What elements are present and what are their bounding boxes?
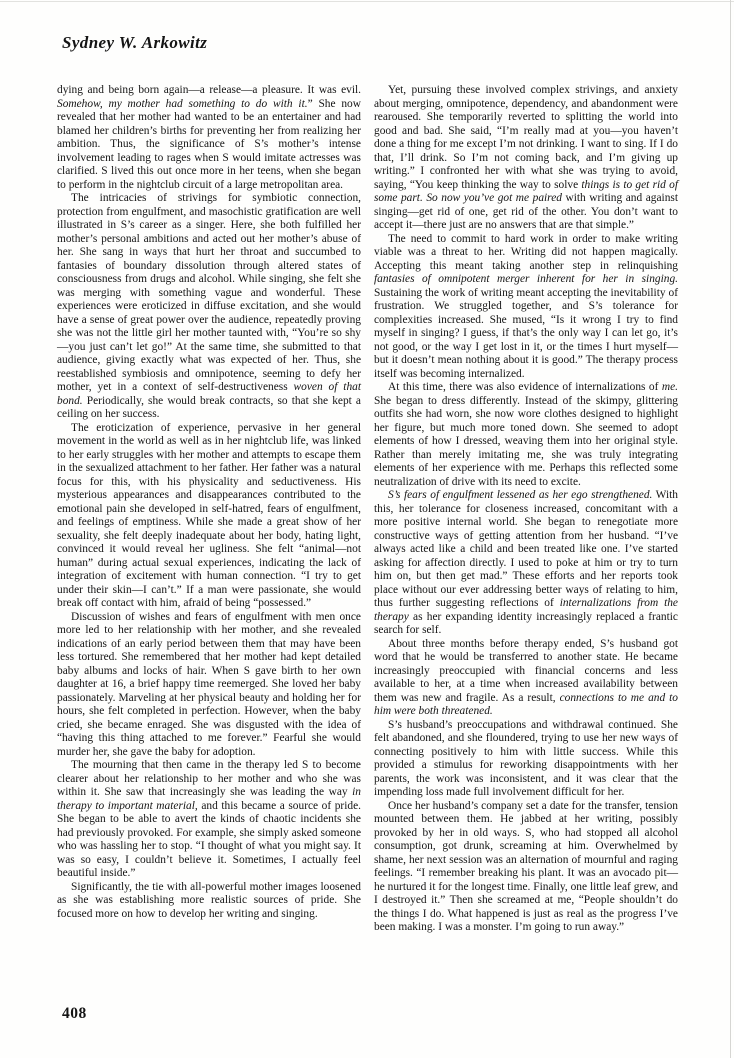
emphasized-text: fantasies of omnipotent merger inherent … (374, 273, 678, 285)
paragraph: About three months before therapy ended,… (374, 638, 678, 719)
emphasized-text: S’s fears of engulfment lessened as her … (388, 489, 652, 501)
body-text: Discussion of wishes and fears of engulf… (57, 611, 361, 758)
paragraph: Discussion of wishes and fears of engulf… (57, 611, 361, 760)
right-column: Yet, pursuing these involved complex str… (374, 84, 678, 935)
body-text: ” She now revealed that her mother had w… (57, 98, 361, 191)
paragraph: The eroticization of experience, pervasi… (57, 422, 361, 611)
paragraph: At this time, there was also evidence of… (374, 381, 678, 489)
page-edge-right-line (730, 0, 731, 1058)
paragraph: The mourning that then came in the thera… (57, 759, 361, 881)
body-text: Once her husband’s company set a date fo… (374, 800, 678, 934)
body-text: She began to dress differently. Instead … (374, 395, 678, 488)
emphasized-text: me. (662, 381, 678, 393)
body-text: The eroticization of experience, pervasi… (57, 422, 361, 610)
body-text: dying and being born again—a release—a p… (57, 84, 361, 96)
page-number: 408 (62, 1005, 87, 1023)
paragraph: dying and being born again—a release—a p… (57, 84, 361, 192)
paragraph: Once her husband’s company set a date fo… (374, 800, 678, 935)
body-text: The mourning that then came in the thera… (57, 759, 361, 798)
body-text: Significantly, the tie with all-powerful… (57, 881, 361, 920)
body-text: Sustaining the work of writing meant acc… (374, 287, 678, 380)
body-text: The need to commit to hard work in order… (374, 233, 678, 272)
body-text: Yet, pursuing these involved complex str… (374, 84, 678, 191)
body-text: With this, her tolerance for closeness i… (374, 489, 678, 609)
two-column-text-body: dying and being born again—a release—a p… (57, 84, 678, 935)
author-byline: Sydney W. Arkowitz (62, 33, 207, 53)
page-edge-top-line (0, 1, 734, 2)
body-text: as her expanding identity increasingly r… (374, 611, 678, 637)
paragraph: The intricacies of strivings for symbiot… (57, 192, 361, 422)
paragraph: Yet, pursuing these involved complex str… (374, 84, 678, 233)
paragraph: S’s fears of engulfment lessened as her … (374, 489, 678, 638)
body-text: Periodically, she would break contracts,… (57, 395, 361, 421)
body-text: At this time, there was also evidence of… (388, 381, 662, 393)
emphasized-text: Somehow, my mother had something to do w… (57, 98, 308, 110)
paragraph: The need to commit to hard work in order… (374, 233, 678, 382)
left-column: dying and being born again—a release—a p… (57, 84, 361, 935)
body-text: S’s husband’s preoccupations and withdra… (374, 719, 678, 799)
paragraph: Significantly, the tie with all-powerful… (57, 881, 361, 922)
body-text: The intricacies of strivings for symbiot… (57, 192, 361, 393)
paragraph: S’s husband’s preoccupations and withdra… (374, 719, 678, 800)
